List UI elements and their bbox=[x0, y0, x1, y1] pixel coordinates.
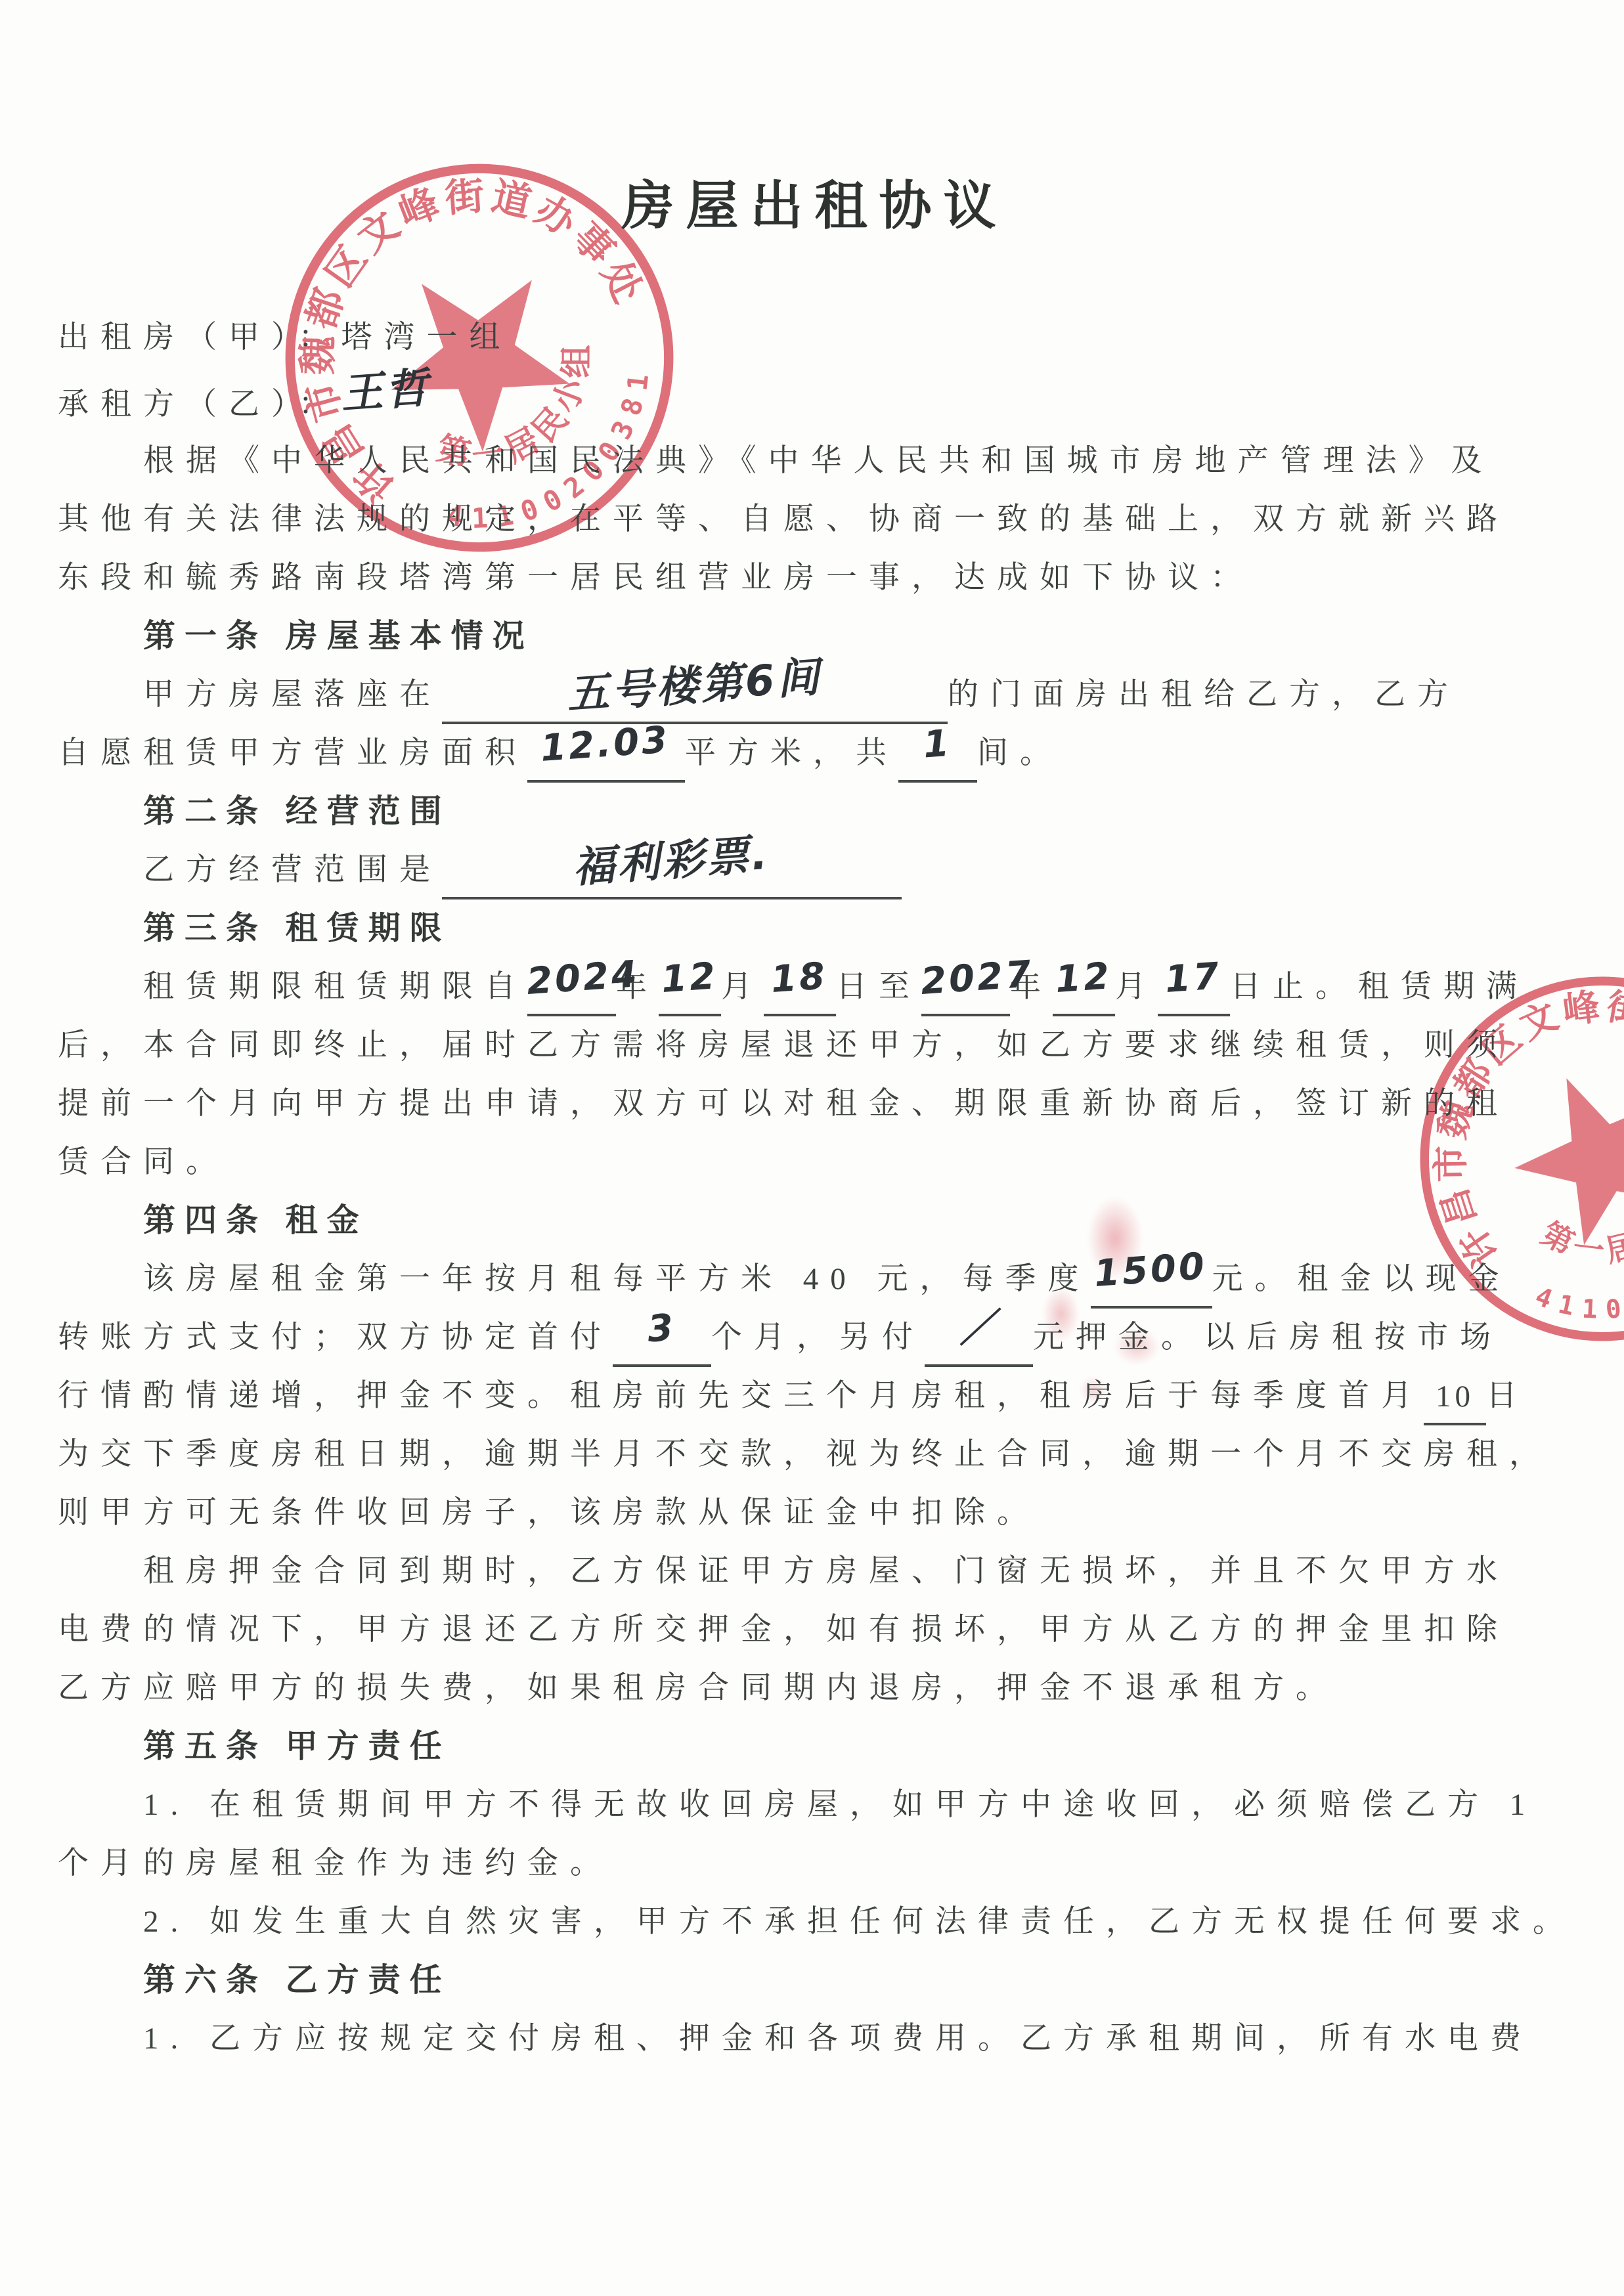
doc-line: 根据《中华人民共和国民法典》《中华人民共和国城市房地产管理法》及 bbox=[58, 432, 1571, 490]
printed-text: 第一条 房屋基本情况 bbox=[143, 618, 534, 654]
printed-text: 第三条 租赁期限 bbox=[143, 911, 451, 946]
doc-line: 乙方应赔甲方的损失费，如果租房合同期内退房，押金不退承租方。 bbox=[58, 1659, 1571, 1718]
document-title: 房屋出租协议 bbox=[58, 176, 1571, 236]
clause-heading: 第六条 乙方责任 bbox=[58, 1951, 1571, 2010]
doc-line: 提前一个月向甲方提出申请，双方可以对租金、期限重新协商后，签订新的租 bbox=[58, 1075, 1571, 1133]
doc-line: 2. 如发生重大自然灾害，甲方不承担任何法律责任，乙方无权提任何要求。 bbox=[58, 1893, 1571, 1951]
handwritten-entry: 12.03 bbox=[539, 714, 672, 775]
form-blank: 10 bbox=[1424, 1370, 1486, 1425]
doc-line: 乙方经营范围是福利彩票. bbox=[58, 841, 1571, 899]
doc-line: 则甲方可无条件收回房子，该房款从保证金中扣除。 bbox=[58, 1484, 1571, 1542]
doc-line: 租房押金合同到期时，乙方保证甲方房屋、门窗无损坏，并且不欠甲方水 bbox=[58, 1542, 1571, 1601]
contract-body: 房屋出租协议 出租房（甲）：塔湾一组承租方（乙）：王哲根据《中华人民共和国民法典… bbox=[58, 0, 1571, 2068]
doc-line: 租赁期限租赁期限自2024年12月18日至2027年12月17日止。租赁期满 bbox=[58, 958, 1571, 1016]
handwritten-entry: 12 bbox=[659, 950, 719, 1007]
form-blank: 1500 bbox=[1091, 1253, 1212, 1309]
printed-text: 出租房（甲）：塔湾一组 bbox=[58, 320, 512, 355]
doc-line: 自愿租赁甲方营业房面积12.03平方米，共1间。 bbox=[58, 724, 1571, 783]
printed-text: 电费的情况下，甲方退还乙方所交押金，如有损坏，甲方从乙方的押金里扣除 bbox=[58, 1613, 1509, 1647]
handwritten-entry: 1 bbox=[921, 718, 953, 772]
printed-text: 元。租金以现金 bbox=[1212, 1262, 1511, 1296]
doc-line: 东段和毓秀路南段塔湾第一居民组营业房一事，达成如下协议： bbox=[58, 549, 1571, 607]
printed-text: 的门面房出租给乙方，乙方 bbox=[948, 678, 1460, 712]
printed-text: 元押金。以后房租按市场 bbox=[1033, 1320, 1503, 1354]
form-blank: 2024 bbox=[527, 961, 616, 1016]
form-blank: 12 bbox=[659, 961, 721, 1016]
printed-text: 自愿租赁甲方营业房面积 bbox=[58, 736, 527, 770]
printed-text: 转账方式支付；双方协定首付 bbox=[58, 1320, 613, 1354]
printed-text: 个月的房屋租金作为违约金。 bbox=[58, 1846, 613, 1880]
printed-text: 赁合同。 bbox=[58, 1145, 229, 1179]
doc-line: 个月的房屋租金作为违约金。 bbox=[58, 1834, 1571, 1893]
doc-line: 赁合同。 bbox=[58, 1133, 1571, 1192]
printed-text: 为交下季度房租日期，逾期半月不交款，视为终止合同，逾期一个月不交房租， bbox=[58, 1437, 1552, 1471]
printed-text: 间。 bbox=[977, 736, 1063, 770]
printed-text: 1. 在租赁期间甲方不得无故收回房屋，如甲方中途收回，必须赔偿乙方 1 bbox=[143, 1788, 1537, 1822]
printed-text: 乙方经营范围是 bbox=[143, 853, 442, 887]
printed-text: 租房押金合同到期时，乙方保证甲方房屋、门窗无损坏，并且不欠甲方水 bbox=[143, 1554, 1509, 1588]
form-blank: 12.03 bbox=[527, 727, 685, 783]
clause-heading: 第三条 租赁期限 bbox=[58, 899, 1571, 958]
handwritten-entry: 17 bbox=[1163, 950, 1223, 1007]
doc-line: 行情酌情递增，押金不变。租房前先交三个月房租，租房后于每季度首月10日 bbox=[58, 1367, 1571, 1425]
printed-text: 根据《中华人民共和国民法典》《中华人民共和国城市房地产管理法》及 bbox=[143, 444, 1494, 478]
printed-text: 月 bbox=[721, 970, 764, 1004]
printed-text: 第二条 经营范围 bbox=[143, 794, 451, 829]
printed-text: 则甲方可无条件收回房子，该房款从保证金中扣除。 bbox=[58, 1496, 1040, 1530]
printed-text: 租赁期限租赁期限自 bbox=[143, 970, 527, 1004]
form-blank: ／ bbox=[925, 1312, 1033, 1367]
clause-heading: 第四条 租金 bbox=[58, 1192, 1571, 1250]
doc-line: 甲方房屋落座在五号楼第6间的门面房出租给乙方，乙方 bbox=[58, 666, 1571, 724]
form-blank: 12 bbox=[1053, 961, 1115, 1016]
doc-line: 为交下季度房租日期，逾期半月不交款，视为终止合同，逾期一个月不交房租， bbox=[58, 1425, 1571, 1484]
doc-line: 出租房（甲）：塔湾一组 bbox=[58, 306, 1571, 369]
form-blank: 3 bbox=[613, 1312, 711, 1367]
printed-text: 行情酌情递增，押金不变。租房前先交三个月房租，租房后于每季度首月 bbox=[58, 1379, 1424, 1413]
printed-text: 承租方（乙）： bbox=[58, 387, 341, 422]
form-blank: 17 bbox=[1158, 961, 1230, 1016]
doc-line: 后，本合同即终止，届时乙方需将房屋退还甲方，如乙方要求继续租赁，则须 bbox=[58, 1016, 1571, 1075]
form-blank: 1 bbox=[898, 727, 977, 783]
printed-text: 东段和毓秀路南段塔湾第一居民组营业房一事，达成如下协议： bbox=[58, 561, 1253, 595]
scanned-rental-agreement-page: { "title": "房屋出租协议", "stamp": { "arc_tex… bbox=[0, 0, 1624, 2296]
printed-text: 1. 乙方应按规定交付房租、押金和各项费用。乙方承租期间，所有水电费 bbox=[143, 2022, 1533, 2056]
printed-text: 月 bbox=[1115, 970, 1158, 1004]
printed-text: 后，本合同即终止，届时乙方需将房屋退还甲方，如乙方要求继续租赁，则须 bbox=[58, 1028, 1509, 1062]
form-blank: 五号楼第6间 bbox=[442, 669, 948, 724]
printed-text: 第五条 甲方责任 bbox=[143, 1729, 451, 1764]
handwritten-entry: ／ bbox=[957, 1301, 999, 1356]
doc-line: 电费的情况下，甲方退还乙方所交押金，如有损坏，甲方从乙方的押金里扣除 bbox=[58, 1601, 1571, 1659]
printed-text: 该房屋租金第一年按月租每平方米 40 元，每季度 bbox=[143, 1262, 1091, 1296]
handwritten-entry: 18 bbox=[769, 950, 829, 1007]
handwritten-entry: 3 bbox=[646, 1302, 677, 1356]
clause-heading: 第五条 甲方责任 bbox=[58, 1718, 1571, 1776]
doc-line: 该房屋租金第一年按月租每平方米 40 元，每季度1500元。租金以现金 bbox=[58, 1250, 1571, 1309]
clause-heading: 第二条 经营范围 bbox=[58, 783, 1571, 841]
page-sheet: 许昌市魏都区文峰街道办事处 第一居民小组 41100200381 许昌市魏都区文… bbox=[0, 0, 1624, 2296]
doc-line: 其他有关法律法规的规定，在平等、自愿、协商一致的基础上，双方就新兴路 bbox=[58, 490, 1571, 549]
printed-text: 其他有关法律法规的规定，在平等、自愿、协商一致的基础上，双方就新兴路 bbox=[58, 502, 1509, 536]
handwritten-entry: 1500 bbox=[1093, 1240, 1209, 1301]
printed-text: 平方米，共 bbox=[685, 736, 898, 770]
printed-text: 第六条 乙方责任 bbox=[143, 1962, 451, 1998]
doc-line: 承租方（乙）：王哲 bbox=[58, 369, 1571, 432]
printed-text: 甲方房屋落座在 bbox=[143, 678, 442, 712]
form-blank: 18 bbox=[764, 961, 836, 1016]
printed-text: 提前一个月向甲方提出申请，双方可以对租金、期限重新协商后，签订新的租 bbox=[58, 1087, 1509, 1121]
doc-line: 1. 乙方应按规定交付房租、押金和各项费用。乙方承租期间，所有水电费 bbox=[58, 2010, 1571, 2068]
handwritten-entry: 王哲 bbox=[338, 357, 431, 425]
form-blank: 2027 bbox=[921, 961, 1010, 1016]
printed-text: 日 bbox=[1486, 1379, 1529, 1413]
printed-text: 乙方应赔甲方的损失费，如果租房合同期内退房，押金不退承租方。 bbox=[58, 1671, 1338, 1705]
printed-text: 日止。租赁期满 bbox=[1230, 970, 1529, 1004]
handwritten-entry: 12 bbox=[1053, 950, 1113, 1007]
doc-line: 1. 在租赁期间甲方不得无故收回房屋，如甲方中途收回，必须赔偿乙方 1 bbox=[58, 1776, 1571, 1834]
contract-lines: 出租房（甲）：塔湾一组承租方（乙）：王哲根据《中华人民共和国民法典》《中华人民共… bbox=[58, 306, 1571, 2068]
printed-value: 10 bbox=[1436, 1370, 1474, 1423]
printed-text: 个月，另付 bbox=[711, 1320, 925, 1354]
handwritten-entry: 2027 bbox=[919, 948, 1035, 1008]
doc-line: 转账方式支付；双方协定首付3个月，另付／元押金。以后房租按市场 bbox=[58, 1309, 1571, 1367]
printed-text: 第四条 租金 bbox=[143, 1203, 368, 1238]
printed-text: 2. 如发生重大自然灾害，甲方不承担任何法律责任，乙方无权提任何要求。 bbox=[143, 1905, 1575, 1939]
printed-text: 日至 bbox=[836, 970, 921, 1004]
form-blank: 福利彩票. bbox=[442, 844, 902, 899]
handwritten-entry: 2024 bbox=[525, 948, 641, 1008]
